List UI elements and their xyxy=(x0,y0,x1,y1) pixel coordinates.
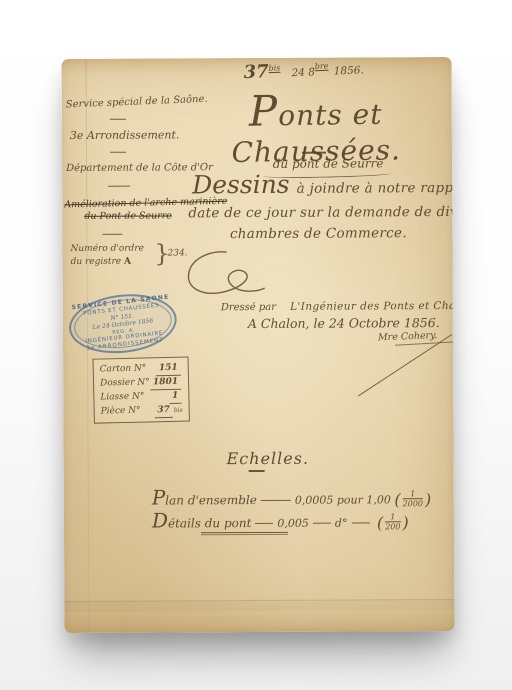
stamp-date: Le 24 Octobre 1856 xyxy=(92,318,153,332)
annotation-date-sup: bre xyxy=(315,61,329,71)
scale-value: 0,0005 pour 1,00 xyxy=(295,493,391,507)
fraction-paren-open: ( xyxy=(377,513,383,532)
margin-struck-line-2: du Pont de Seurre xyxy=(84,210,172,221)
document-paper: 37bis 24 8bre 1856. Ponts et Chaussées. … xyxy=(61,57,454,633)
fold-crease-band xyxy=(64,600,454,612)
scale-value: 0,005 xyxy=(277,517,309,530)
stamp-arrondissement-line: 3e ARRONDISSEMENT xyxy=(86,337,164,352)
scale-connector-line xyxy=(351,522,369,523)
body-line-2: date de ce jour sur la demande de divers… xyxy=(188,204,454,222)
place-date-line: A Chalon, le 24 Octobre 1856. xyxy=(248,315,440,331)
margin-divider xyxy=(108,186,130,187)
refbox-value: 1 xyxy=(169,390,182,404)
refbox-row-piece: Pièce N° 37bis xyxy=(101,404,183,420)
dresse-prefix: Dressé par xyxy=(221,302,276,313)
dresse-main: L'Ingénieur des Ponts et Chaussées, sous… xyxy=(290,299,454,312)
scale-ditto: d° xyxy=(335,517,348,530)
fraction-paren-close: ) xyxy=(402,513,408,532)
refbox-label: Carton N° xyxy=(100,362,147,376)
page-background: 37bis 24 8bre 1856. Ponts et Chaussées. … xyxy=(0,0,512,690)
body-line-3: chambres de Commerce. xyxy=(212,225,424,242)
scale-connector-line xyxy=(255,523,273,524)
margin-divider xyxy=(110,119,126,120)
margin-arrondissement: 3e Arrondissement. xyxy=(70,128,180,142)
scale-connector-line xyxy=(313,523,331,524)
scale-fraction: 12000 xyxy=(403,489,423,508)
refbox-label: Pièce N° xyxy=(101,405,141,419)
scale-connector-line xyxy=(261,500,291,501)
archive-reference-box: Carton N° 151 Dossier N° 1801 Liasse N° … xyxy=(93,357,190,424)
scale-label: Détails du pont xyxy=(152,508,252,533)
stamp-registre: REG. A. xyxy=(112,327,135,336)
refbox-value-sup: bis xyxy=(174,404,183,417)
registre-line-2: du registre xyxy=(71,257,124,267)
fraction-numerator: 1 xyxy=(385,512,400,522)
scale-label: Plan d'ensemble xyxy=(152,485,257,510)
piece-number-annotation: 37 xyxy=(243,61,269,83)
scale-row-details: Détails du pont0,005d° (1200) xyxy=(152,507,409,533)
fraction-paren-close: ) xyxy=(425,490,431,509)
refbox-value: 37 xyxy=(154,404,173,418)
engineer-signature: Mre Cohery. xyxy=(378,330,438,343)
body-line-1: Dessins à joindre à notre rapport en xyxy=(192,169,454,200)
top-annotation: 37bis 24 8bre 1856. xyxy=(243,57,364,83)
registre-letter: A xyxy=(124,257,131,267)
registre-line-1: Numéro d'ordre xyxy=(70,244,144,254)
body-line-1-rest: à joindre à notre rapport en xyxy=(297,180,455,197)
scales-heading: Echelles. xyxy=(227,449,310,468)
refbox-label: Dossier N° xyxy=(100,376,150,390)
dresse-line: Dressé par L'Ingénieur des Ponts et Chau… xyxy=(221,293,455,314)
annotation-date: 24 8 xyxy=(291,66,315,79)
refbox-label: Liasse N° xyxy=(100,391,144,405)
refbox-value: 1801 xyxy=(150,376,181,391)
scales-heading-underline xyxy=(249,470,265,472)
refbox-value: 151 xyxy=(156,362,181,377)
bottom-double-rule xyxy=(201,532,288,535)
fraction-numerator: 1 xyxy=(403,489,423,499)
fraction-denominator: 200 xyxy=(385,522,400,531)
stamp-number: N° 151. xyxy=(110,312,134,322)
title-divider xyxy=(302,152,326,154)
service-oval-stamp: SERVICE DE LA SAONE PONTS ET CHAUSSÉES N… xyxy=(66,289,180,359)
registre-note: Numéro d'ordre du registre A xyxy=(70,243,144,269)
scale-fraction: 1200 xyxy=(385,512,400,531)
body-opening-word: Dessins xyxy=(192,170,290,200)
annotation-year: 1856. xyxy=(334,64,365,77)
margin-departement: Département de la Côte d'Or xyxy=(66,162,213,174)
piece-number-sup: bis xyxy=(268,63,280,72)
margin-divider xyxy=(110,152,126,153)
margin-divider xyxy=(102,234,122,235)
